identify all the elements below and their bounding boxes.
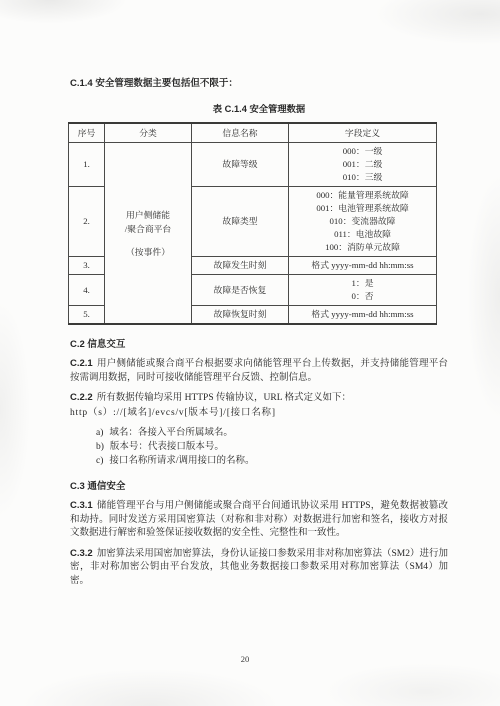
field-def-line: 格式 yyyy-mm-dd hh:mm:ss <box>293 259 432 272</box>
cell-info-name: 故障类型 <box>192 187 289 257</box>
category-line: （按事件） <box>109 245 187 259</box>
list-text: 版本号：代表接口版本号。 <box>110 442 224 452</box>
list-marker: b) <box>96 442 110 452</box>
clause-text-c22: 所有数据传输均采用 HTTPS 传输协议，URL 格式定义如下： <box>97 393 351 403</box>
cell-field-def: 格式 yyyy-mm-dd hh:mm:ss <box>289 306 437 325</box>
cell-field-def: 格式 yyyy-mm-dd hh:mm:ss <box>289 257 437 275</box>
url-format-line: http（s）://[域名]/evcs/v[版本号]/[接口名称] <box>70 407 448 421</box>
paragraph-c21: C.2.1用户侧储能或聚合商平台根据要求向储能管理平台上传数据，并支持储能管理平… <box>70 357 448 385</box>
field-def-line: 000：一级 <box>293 145 432 158</box>
cell-info-name: 故障发生时刻 <box>192 257 289 275</box>
cell-info-name: 故障等级 <box>192 143 289 187</box>
cell-no: 2. <box>69 187 105 257</box>
page-number: 20 <box>0 654 490 664</box>
field-def-line: 100：消防单元故障 <box>293 241 432 254</box>
list-item-b: b)版本号：代表接口版本号。 <box>96 440 448 454</box>
list-marker: c) <box>96 456 109 466</box>
heading-c3: C.3 通信安全 <box>70 480 448 493</box>
field-def-line: 001：电池管理系统故障 <box>293 202 432 215</box>
document-page: C.1.4 安全管理数据主要包括但不限于： 表 C.1.4 安全管理数据 序号 … <box>0 0 500 706</box>
paragraph-c32: C.3.2加密算法采用国密加密算法，身份认证接口参数采用非对称加密算法（SM2）… <box>70 547 448 589</box>
url-parts-list: a)域名：各接入平台所属域名。 b)版本号：代表接口版本号。 c)接口名称所请求… <box>70 426 448 468</box>
clause-label-c32: C.3.2 <box>70 548 97 559</box>
table-title: 表 C.1.4 安全管理数据 <box>70 101 448 115</box>
clause-label-c21: C.2.1 <box>70 358 97 369</box>
cell-info-name: 故障恢复时刻 <box>192 306 289 325</box>
list-item-c: c)接口名称所请求/调用接口的名称。 <box>96 454 448 468</box>
field-def-line: 0：否 <box>293 290 432 303</box>
field-def-line: 011：电池故障 <box>293 228 432 241</box>
heading-c2: C.2 信息交互 <box>70 338 448 351</box>
cell-info-name: 故障是否恢复 <box>192 275 289 306</box>
cell-field-def: 1：是 0：否 <box>289 275 437 306</box>
col-header-field-def: 字段定义 <box>289 123 437 143</box>
security-data-table: 序号 分类 信息名称 字段定义 1. 用户侧储能 /聚合商平台 （按事件） 故障… <box>68 122 437 325</box>
heading-c14: C.1.4 安全管理数据主要包括但不限于： <box>70 77 448 90</box>
cell-no: 1. <box>69 143 105 187</box>
col-header-info-name: 信息名称 <box>192 123 289 143</box>
field-def-line: 001：二级 <box>293 158 432 171</box>
cell-field-def: 000：一级 001：二级 010：三级 <box>289 143 437 187</box>
cell-no: 3. <box>69 257 105 275</box>
paragraph-c31: C.3.1储能管理平台与用户侧储能或聚合商平台间通讯协议采用 HTTPS，避免数… <box>70 499 448 541</box>
clause-text-c32: 加密算法采用国密加密算法，身份认证接口参数采用非对称加密算法（SM2）进行加密，… <box>70 549 448 586</box>
list-text: 接口名称所请求/调用接口的名称。 <box>109 456 254 466</box>
cell-field-def: 000：能量管理系统故障 001：电池管理系统故障 010：变流器故障 011：… <box>289 187 437 257</box>
table-row: 1. 用户侧储能 /聚合商平台 （按事件） 故障等级 000：一级 001：二级… <box>69 143 437 187</box>
cell-no: 5. <box>69 306 105 325</box>
cell-no: 4. <box>69 275 105 306</box>
category-line: 用户侧储能 <box>109 208 187 222</box>
clause-label-c31: C.3.1 <box>70 500 97 511</box>
field-def-line: 格式 yyyy-mm-dd hh:mm:ss <box>293 308 432 321</box>
field-def-line: 1：是 <box>293 277 432 290</box>
clause-label-c22: C.2.2 <box>70 392 97 403</box>
clause-text-c31: 储能管理平台与用户侧储能或聚合商平台间通讯协议采用 HTTPS，避免数据被篡改和… <box>70 501 448 538</box>
category-line: /聚合商平台 <box>109 222 187 236</box>
table-header-row: 序号 分类 信息名称 字段定义 <box>69 123 437 143</box>
col-header-category: 分类 <box>105 123 192 143</box>
field-def-line: 010：变流器故障 <box>293 215 432 228</box>
paragraph-c22: C.2.2所有数据传输均采用 HTTPS 传输协议，URL 格式定义如下： <box>70 391 448 406</box>
field-def-line: 000：能量管理系统故障 <box>293 189 432 202</box>
field-def-line: 010：三级 <box>293 171 432 184</box>
list-marker: a) <box>96 428 109 438</box>
clause-text-c21: 用户侧储能或聚合商平台根据要求向储能管理平台上传数据，并支持储能管理平台按需调用… <box>70 359 448 383</box>
cell-category-merged: 用户侧储能 /聚合商平台 （按事件） <box>105 143 192 325</box>
col-header-no: 序号 <box>69 123 105 143</box>
list-item-a: a)域名：各接入平台所属域名。 <box>96 426 448 440</box>
list-text: 域名：各接入平台所属域名。 <box>109 428 233 438</box>
